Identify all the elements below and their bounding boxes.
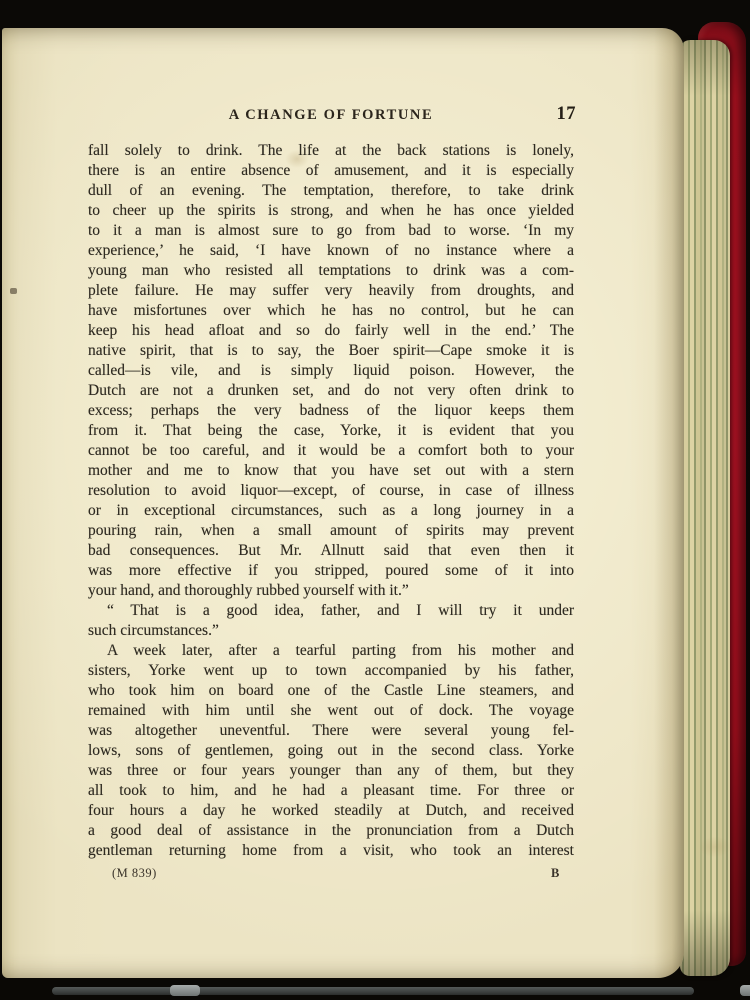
text-line: your hand, and thoroughly rubbed yoursel… [88, 581, 574, 601]
page-footer: (M 839) B [88, 866, 574, 882]
text-line: native spirit, that is to say, the Boer … [88, 341, 574, 361]
signature-mark: B [551, 866, 559, 881]
scanner-bar-clip [170, 985, 200, 996]
page-number: 17 [557, 104, 577, 125]
scanner-bar [52, 987, 694, 995]
scanned-book-photo: A CHANGE OF FORTUNE 17 fall solely to dr… [0, 0, 750, 1000]
text-line: Dutch are not a drunken set, and do not … [88, 381, 574, 401]
text-line: to cheer up the spirits is strong, and w… [88, 201, 574, 221]
text-line: “ That is a good idea, father, and I wil… [88, 601, 574, 621]
text-line: dull of an evening. The temptation, ther… [88, 181, 574, 201]
text-line: have misfortunes over which he has no co… [88, 301, 574, 321]
text-line: was more effective if you stripped, pour… [88, 561, 574, 581]
text-line: was three or four years younger than any… [88, 761, 574, 781]
text-line: remained with him until she went out of … [88, 701, 574, 721]
text-line: keep his head afloat and so do fairly we… [88, 321, 574, 341]
text-line: cannot be too careful, and it would be a… [88, 441, 574, 461]
text-line: plete failure. He may suffer very heavil… [88, 281, 574, 301]
text-line: who took him on board one of the Castle … [88, 681, 574, 701]
book-page: A CHANGE OF FORTUNE 17 fall solely to dr… [2, 28, 684, 978]
text-line: such circumstances.” [88, 621, 574, 641]
text-line: or in exceptional circumstances, such as… [88, 501, 574, 521]
text-line: mother and me to know that you have set … [88, 461, 574, 481]
text-line: resolution to avoid liquor—except, of co… [88, 481, 574, 501]
text-line: A week later, after a tearful parting fr… [88, 641, 574, 661]
text-line: there is an entire absence of amusement,… [88, 161, 574, 181]
text-line: fall solely to drink. The life at the ba… [88, 141, 574, 161]
page-edge-stack [680, 40, 730, 976]
text-line: to it a man is almost sure to go from ba… [88, 221, 574, 241]
text-line: sisters, Yorke went up to town accompani… [88, 661, 574, 681]
body-text: fall solely to drink. The life at the ba… [88, 141, 574, 861]
text-line: bad consequences. But Mr. Allnutt said t… [88, 541, 574, 561]
text-line: called—is vile, and is simply liquid poi… [88, 361, 574, 381]
text-line: from it. That being the case, Yorke, it … [88, 421, 574, 441]
text-line: was altogether uneventful. There were se… [88, 721, 574, 741]
page-speck [10, 288, 17, 294]
text-line: excess; perhaps the very badness of the … [88, 401, 574, 421]
text-line: all took to him, and he had a pleasant t… [88, 781, 574, 801]
text-column: A CHANGE OF FORTUNE 17 fall solely to dr… [88, 28, 574, 978]
text-line: pouring rain, when a small amount of spi… [88, 521, 574, 541]
text-line: lows, sons of gentlemen, going out in th… [88, 741, 574, 761]
page-header: A CHANGE OF FORTUNE 17 [88, 107, 574, 129]
scanner-bar-clip [740, 985, 750, 996]
text-line: young man who resisted all temptations t… [88, 261, 574, 281]
printers-mark: (M 839) [112, 866, 157, 881]
running-title: A CHANGE OF FORTUNE [88, 107, 574, 124]
text-line: four hours a day he worked steadily at D… [88, 801, 574, 821]
text-line: experience,’ he said, ‘I have known of n… [88, 241, 574, 261]
text-line: gentleman returning home from a visit, w… [88, 841, 574, 861]
text-line: a good deal of assistance in the pronunc… [88, 821, 574, 841]
